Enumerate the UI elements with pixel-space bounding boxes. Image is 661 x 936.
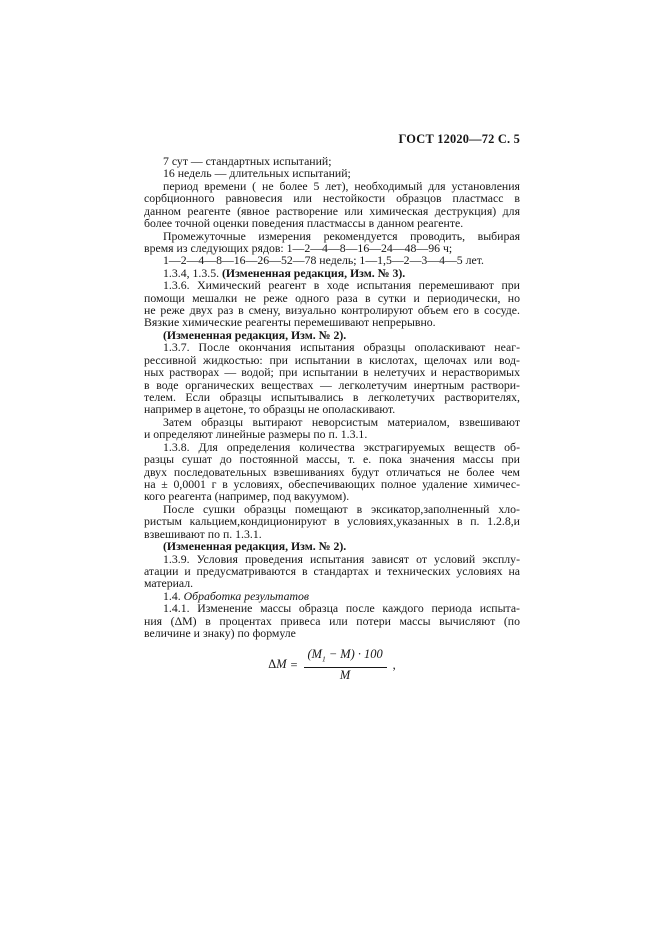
formula-delta-m: ΔM=(M1 − M) · 100M, (144, 648, 520, 682)
fraction: (M1 − M) · 100M (304, 648, 387, 682)
text-line: более точной оценки поведения пластмассы… (144, 217, 520, 229)
fraction-numerator: (M1 − M) · 100 (304, 648, 387, 668)
text-line: ристым кальцием,кондиционируют в условия… (144, 515, 520, 527)
text-line: например в ацетоне, то образцы не ополас… (144, 403, 520, 415)
document-body: 7 сут — стандартных испытаний; 16 недель… (144, 155, 520, 683)
text-line: кого реагента (например, под вакуумом). (144, 490, 520, 502)
document-page: ГОСТ 12020—72 С. 5 7 сут — стандартных и… (0, 0, 661, 936)
text-line: атации и предусматриваются в стандартах … (144, 565, 520, 577)
equals-sign: = (291, 658, 298, 672)
text-line: ных растворах — водой; при испытании в н… (144, 366, 520, 378)
text-line: 16 недель — длительных испытаний; (144, 167, 520, 179)
text-line: и определяют линейные размеры по п. 1.3.… (144, 428, 520, 440)
amendment-note: (Измененная редакция, Изм. № 2). (144, 540, 520, 552)
formula-variable: M (276, 658, 286, 672)
text-line: 1.3.6. Химический реагент в ходе испытан… (144, 279, 520, 291)
text-line: величине и знаку) по формуле (144, 627, 520, 639)
text-line: 1.4.1. Изменение массы образца после каж… (144, 602, 520, 614)
trailing-comma: , (393, 658, 396, 672)
fraction-denominator: M (304, 668, 387, 683)
text-line: сорбционного равновесия или нестойкости … (144, 192, 520, 204)
text-line: разцы сушат до постоянной массы, т. е. п… (144, 453, 520, 465)
text-line: 1.3.7. После окончания испытания образцы… (144, 341, 520, 353)
page-header-gost-number: ГОСТ 12020—72 С. 5 (144, 132, 520, 147)
